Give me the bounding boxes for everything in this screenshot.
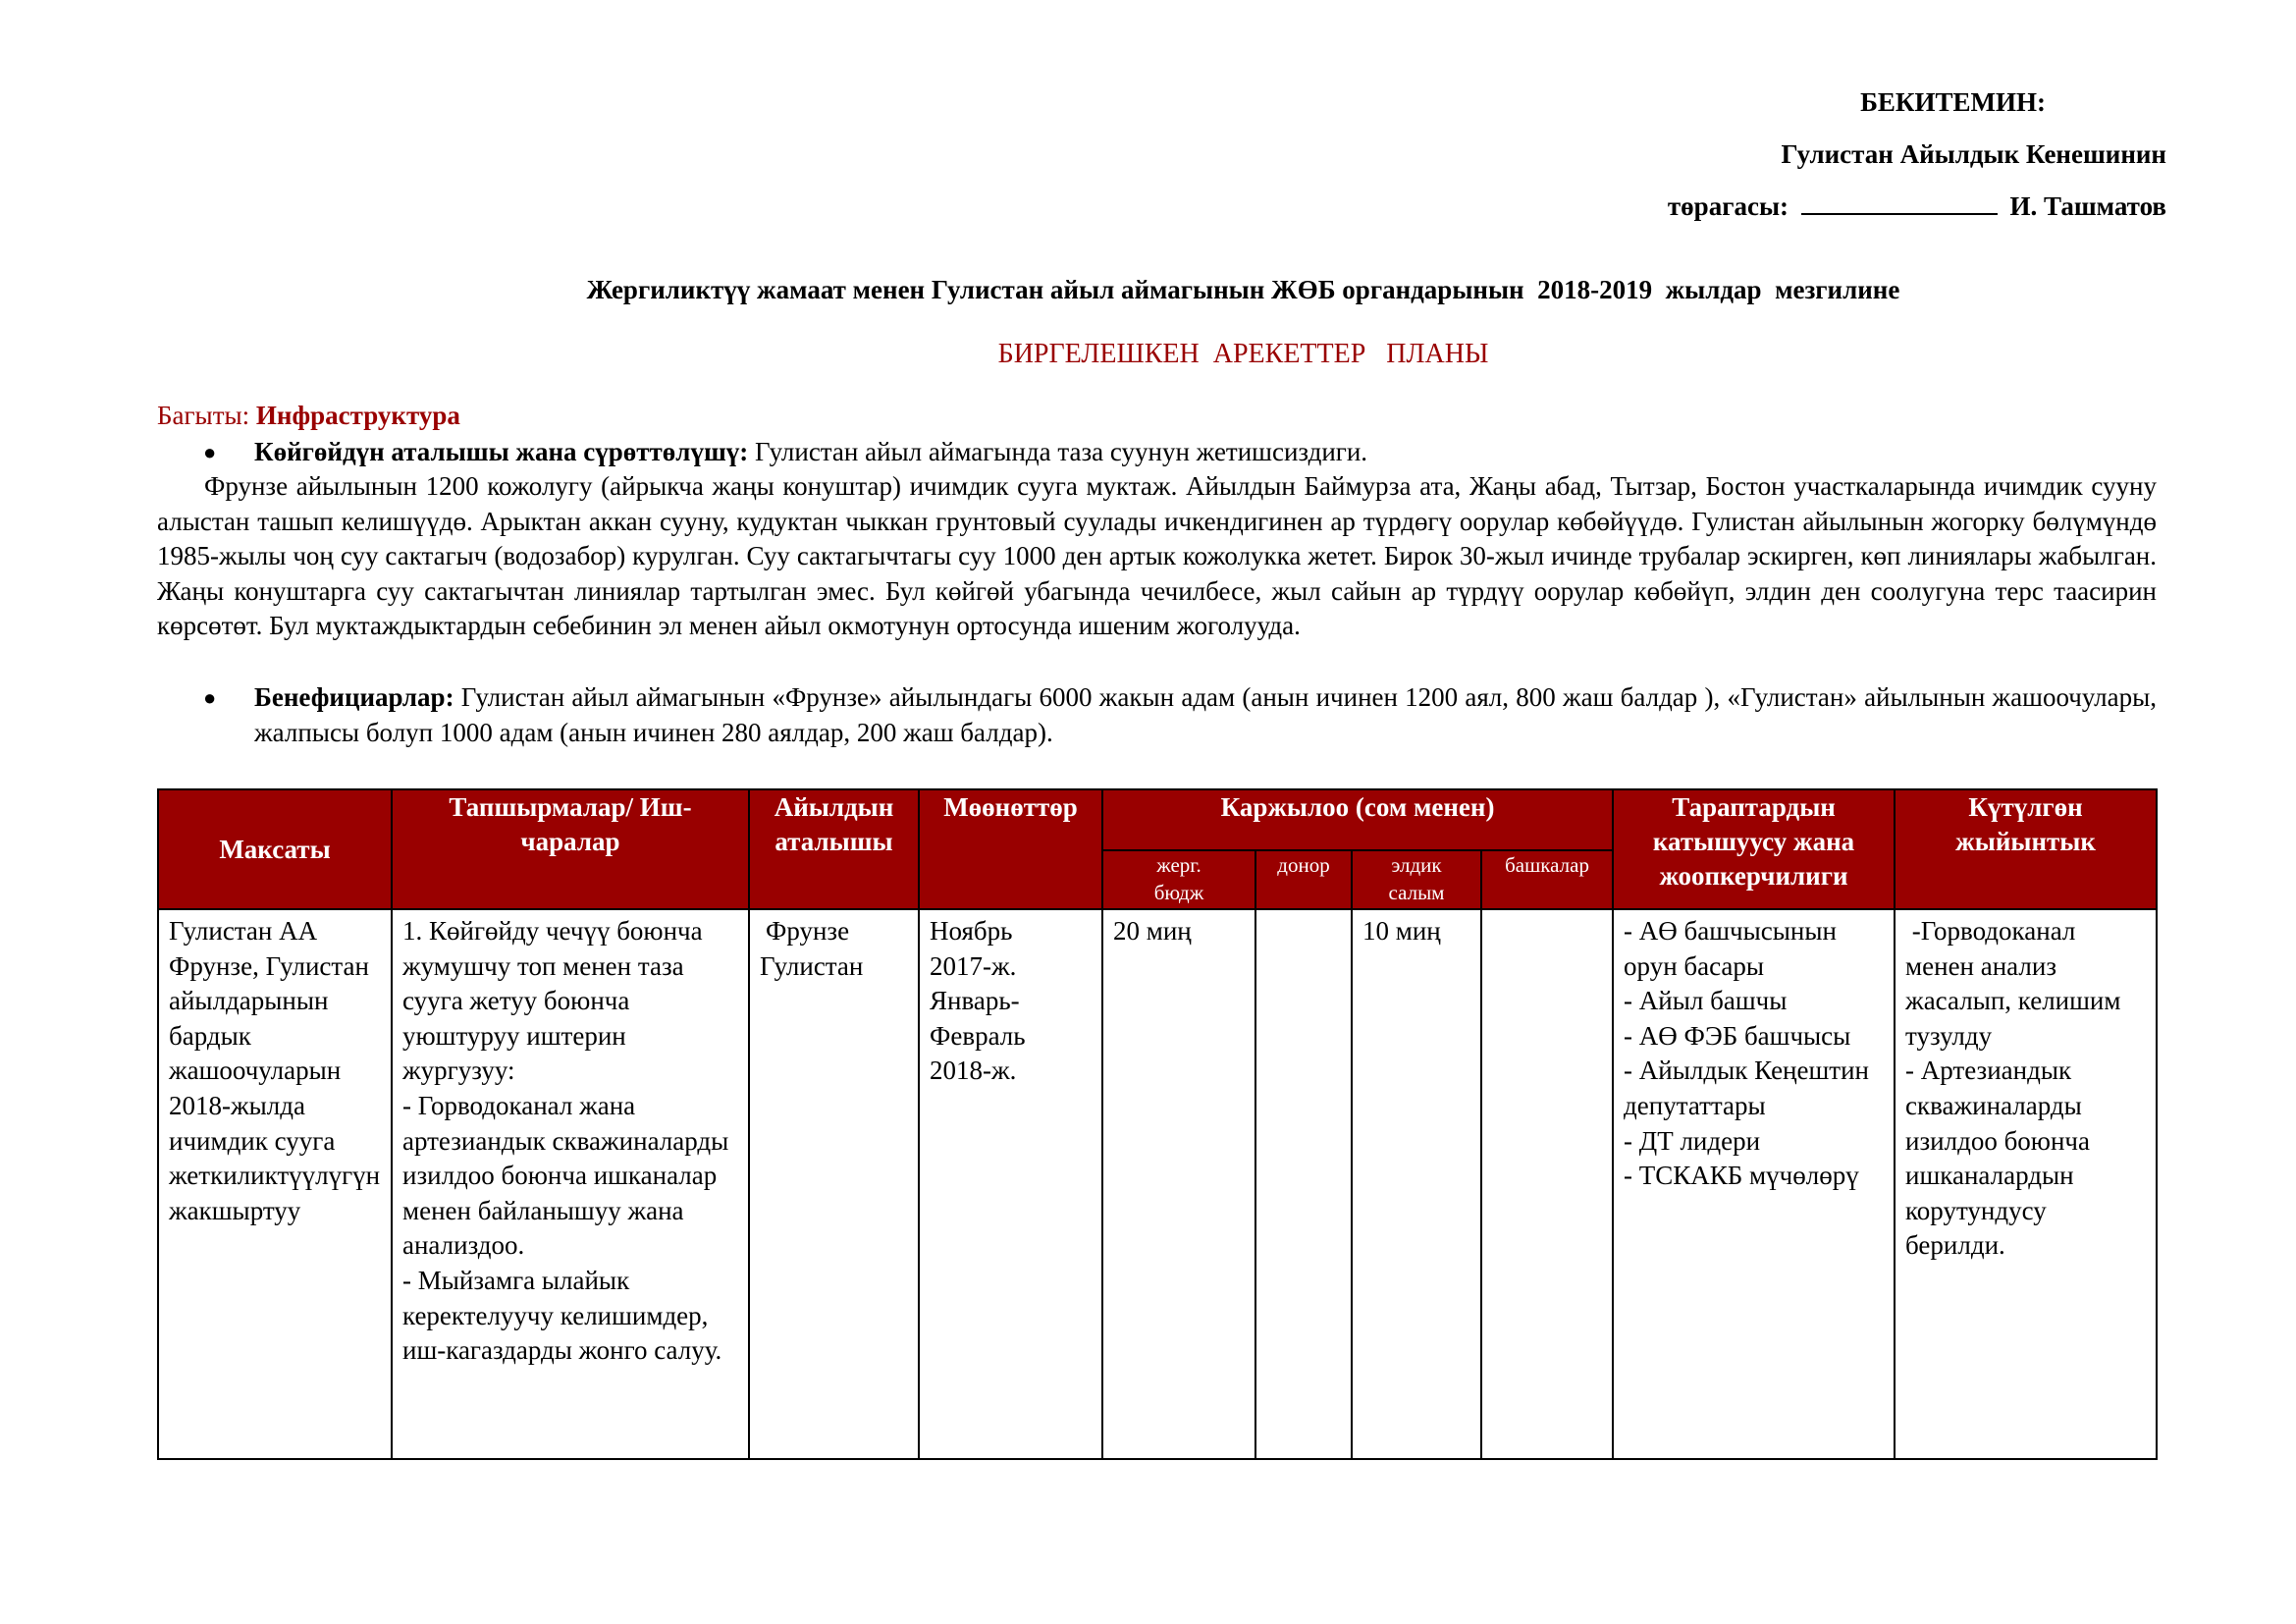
cell-community-contribution: 10 миң: [1352, 909, 1481, 1459]
approval-signature-line: төрагасы: И. Ташматов: [1668, 181, 2166, 233]
header-other: башкалар: [1481, 850, 1613, 909]
cell-donor: [1255, 909, 1352, 1459]
subtitle-text: Жергиликтүү жамаат менен Гулистан айыл а…: [587, 275, 1900, 304]
header-goal: Максаты: [158, 789, 392, 909]
approval-organization: Гулистан Айылдык Кенешинин: [1782, 129, 2167, 181]
village-name: Фрунзе: [760, 914, 908, 949]
plan-title: БИРГЕЛЕШКЕН АРЕКЕТТЕР ПЛАНЫ: [0, 339, 2296, 370]
header-terms: Мөөнөттөр: [919, 789, 1102, 909]
approval-block: БЕКИТЕМИН: Гулистан Айылдык Кенешинин тө…: [1413, 0, 2296, 236]
participant: - АӨ башчысынын орун басары: [1624, 914, 1884, 984]
header-financing: Каржылоо (сом менен): [1102, 789, 1613, 850]
direction-label: Багыты:: [157, 401, 249, 430]
problem-label: Көйгөйдүн аталышы жана сүрөттөлүшү:: [254, 437, 748, 466]
signature-blank: [1801, 191, 1998, 215]
problem-bullet: ● Көйгөйдүн аталышы жана сүрөттөлүшү: Гу…: [203, 435, 2157, 470]
problem-value: Гулистан айыл аймагында таза суунун жети…: [748, 437, 1367, 466]
expected-item: - Артезиандык скважиналарды изилдоо боюн…: [1905, 1054, 2146, 1264]
beneficiaries-label: Бенефициарлар:: [254, 682, 454, 712]
participant: - ТСКАКБ мүчөлөрү: [1624, 1159, 1884, 1194]
task-item: 1. Көйгөйду чечүү боюнча жумушчу топ мен…: [402, 914, 738, 1089]
task-item: - Горводоканал жана артезиандык скважина…: [402, 1089, 738, 1264]
term-line: Январь-: [930, 984, 1092, 1019]
participant: - Айыл башчы: [1624, 984, 1884, 1019]
direction-line: Багыты: Инфраструктура: [157, 401, 460, 431]
participant: - Айылдык Кеңештин депутаттары: [1624, 1054, 1884, 1123]
cell-terms: Ноябрь 2017-ж. Январь- Февраль 2018-ж.: [919, 909, 1102, 1459]
cell-village: Фрунзе Гулистан: [749, 909, 919, 1459]
term-line: 2017-ж.: [930, 949, 1092, 985]
term-line: 2018-ж.: [930, 1054, 1092, 1089]
cell-tasks: 1. Көйгөйду чечүү боюнча жумушчу топ мен…: [392, 909, 749, 1459]
cell-goal: Гулистан АА Фрунзе, Гулистан айылдарынын…: [158, 909, 392, 1459]
cell-expected: -Горводоканал менен анализ жасалып, кели…: [1895, 909, 2157, 1459]
cell-local-budget: 20 миң: [1102, 909, 1255, 1459]
bullet-icon: ●: [203, 680, 216, 716]
cell-other: [1481, 909, 1613, 1459]
approval-label: БЕКИТЕМИН:: [1860, 77, 2046, 129]
action-plan-table: Максаты Тапшырмалар/ Иш-чаралар Айылдын …: [157, 788, 2158, 1460]
cell-participation: - АӨ башчысынын орун басары - Айыл башчы…: [1613, 909, 1895, 1459]
village-name: Гулистан: [760, 949, 908, 985]
task-item: - Мыйзамга ылайык керектелуучу келишимде…: [402, 1264, 738, 1369]
header-expected: Күтүлгөн жыйынтык: [1895, 789, 2157, 909]
header-local-budget: жерг. бюдж: [1102, 850, 1255, 909]
document-subtitle: Жергиликтүү жамаат менен Гулистан айыл а…: [0, 275, 2296, 305]
approval-name: И. Ташматов: [2010, 191, 2166, 221]
bullet-icon: ●: [203, 435, 216, 470]
header-village: Айылдын аталышы: [749, 789, 919, 909]
term-line: Февраль: [930, 1019, 1092, 1055]
header-tasks: Тапшырмалар/ Иш-чаралар: [392, 789, 749, 909]
direction-value: Инфраструктура: [256, 401, 460, 430]
header-donor: донор: [1255, 850, 1352, 909]
problem-description: Фрунзе айылынын 1200 кожолугу (айрыкча ж…: [157, 469, 2157, 644]
approval-position: төрагасы:: [1668, 191, 1789, 221]
expected-item: -Горводоканал менен анализ жасалып, кели…: [1905, 914, 2146, 1054]
table-row: Гулистан АА Фрунзе, Гулистан айылдарынын…: [158, 909, 2157, 1459]
participant: - ДТ лидери: [1624, 1124, 1884, 1160]
header-community-contribution: элдик салым: [1352, 850, 1481, 909]
header-participation: Тараптардын катышуусу жана жоопкерчилиги: [1613, 789, 1895, 909]
plan-title-text: БИРГЕЛЕШКЕН АРЕКЕТТЕР ПЛАНЫ: [998, 339, 1489, 369]
term-line: Ноябрь: [930, 914, 1092, 949]
beneficiaries-bullet: ● Бенефициарлар: Гулистан айыл аймагынын…: [203, 680, 2157, 750]
participant: - АӨ ФЭБ башчысы: [1624, 1019, 1884, 1055]
beneficiaries-value: Гулистан айыл аймагынын «Фрунзе» айылынд…: [254, 682, 2157, 747]
